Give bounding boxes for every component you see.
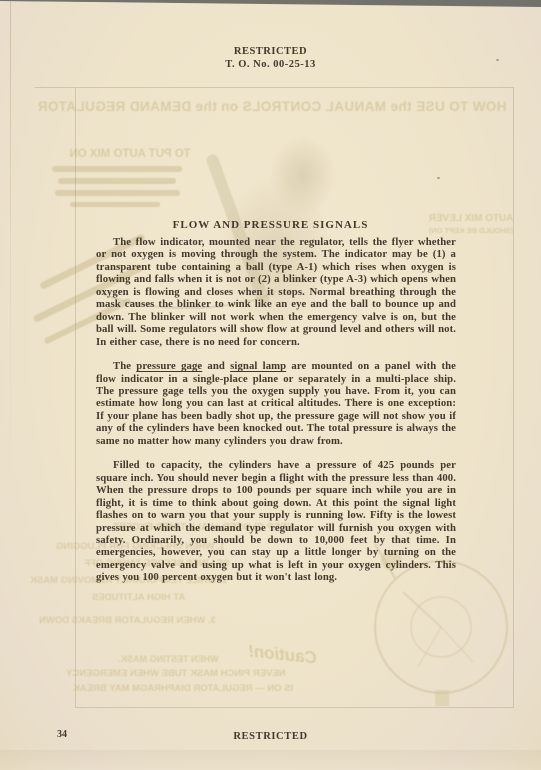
paper-speck — [496, 59, 499, 61]
underlined-term: signal lamp — [230, 360, 286, 372]
paragraph-text: The — [113, 360, 136, 372]
printed-content: RESTRICTED T. O. No. 00-25-13 FLOW AND P… — [0, 0, 541, 770]
paragraph-block: The flow indicator, mounted near the reg… — [96, 236, 456, 596]
paragraph-text: The flow indicator, mounted near the reg… — [96, 236, 456, 348]
restricted-stamp-bottom: RESTRICTED — [0, 731, 541, 742]
paper-speck — [117, 266, 120, 268]
paragraph: The flow indicator, mounted near the reg… — [96, 236, 456, 348]
paragraph-text: and — [202, 360, 230, 372]
paragraph-text: are mounted on a panel with the flow ind… — [96, 360, 456, 447]
paragraph: Filled to capacity, the cylinders have a… — [96, 459, 456, 584]
technical-order-number: T. O. No. 00-25-13 — [0, 58, 541, 71]
underlined-term: pressure gage — [136, 360, 202, 372]
restricted-stamp-top: RESTRICTED — [0, 45, 541, 58]
page-crease — [10, 0, 11, 770]
page-bottom-shadow — [0, 750, 541, 770]
page-header: RESTRICTED T. O. No. 00-25-13 — [0, 45, 541, 71]
scanned-page: HOW TO USE the MANUAL CONTROLS on the DE… — [0, 0, 541, 770]
section-title: FLOW AND PRESSURE SIGNALS — [0, 219, 541, 231]
paragraph: The pressure gage and signal lamp are mo… — [96, 360, 456, 447]
paragraph-text: Filled to capacity, the cylinders have a… — [96, 459, 456, 583]
paper-speck — [437, 177, 440, 179]
